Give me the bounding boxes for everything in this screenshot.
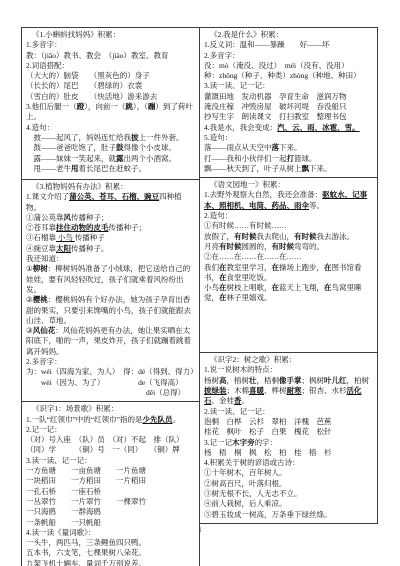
section-lesson1-xiaokedou: 《1.小蝌蚪找妈妈》积累： 1.多音字：教：（jiāo）教书、教会 （jiào）… (21, 27, 200, 180)
section-body: 1.一队“红领巾”中的“红领巾”指的是少先队员。2.记一记：（对）号入座 （队）… (26, 415, 196, 566)
text-line: 飘——秋天到了，叶子从树上飘下来。 (204, 164, 374, 174)
text-line: 泡桐 白桦 云杉 翠柏 洋槐 芭蕉 (204, 417, 374, 427)
section-body: 1.多音字：教：（jiāo）教书、教会 （jiào）教室、教育2.词语搭配：（大… (26, 40, 196, 174)
text-line: ①十年树木，百年树人。 (204, 468, 374, 478)
text-line: 桂花 枫叶 松子 白果 槐花 松针 (204, 427, 374, 437)
text-line: 5.造句： (204, 133, 374, 143)
section-yuwenyuandi-1: 《语文园地一》积累： 1.去野外观察大自然，我还会准备：驱蚊水、记事本、照相机、… (199, 177, 378, 353)
text-line: 2.造句： (204, 211, 374, 221)
text-line: ④豌豆靠太阳传播种子。 (26, 244, 196, 254)
text-line: 2.多音字： (204, 51, 374, 61)
text-line: ③树无根不长，人无志不立。 (204, 489, 374, 499)
text-line: 打——我和小伙伴们一起打篮球。 (204, 154, 374, 164)
text-line: ②树高百尺，叶落归根。 (204, 479, 374, 489)
text-line: 1.说一说树木的特点： (204, 365, 374, 375)
text-line: 2.记一记： (26, 425, 196, 435)
content-columns: 《1.小蝌蚪找妈妈》积累： 1.多音字：教：（jiāo）教书、教会 （jiào）… (21, 27, 379, 566)
text-line: 4.造句： (26, 123, 196, 133)
text-line: 放假了，有时候我去爬山，有时候我去游泳。 (204, 232, 374, 242)
text-line: 鼓——爸爸吃饱了，肚子鼓得像个小皮球。 (26, 143, 196, 153)
text-line: 杨树高，榕树壮，梧桐像手掌；枫树叶儿红，柏树披绿装；木棉喜暖、桦树耐寒；银杏、水… (204, 376, 374, 407)
text-line: ④前人栽树，后人乘凉。 (204, 499, 374, 509)
section-title: 《语文园地一》积累： (204, 180, 374, 190)
text-line: děi（总得） (26, 388, 196, 398)
text-line: 露——妹妹一笑起来，就露出两个小酒窝。 (26, 154, 196, 164)
text-line: 1.去野外观察大自然，我还会准备：驱蚊水、记事本、照相机、电筒、药品、雨伞等。 (204, 190, 374, 211)
text-line: ①有时候……有时候…… (204, 221, 374, 231)
text-line: 一方鱼塘 一亩鱼塘 一片鱼塘 (26, 466, 196, 476)
text-line: 3.记一记木字旁的字： (204, 438, 374, 448)
section-body: 1.去野外观察大自然，我还会准备：驱蚊水、记事本、照相机、电筒、药品、雨伞等。2… (204, 190, 374, 303)
text-line: 一丛翠竹 一片翠竹 一棵翠竹 (26, 497, 196, 507)
text-line: 4.积累关于树的谚语或古诗： (204, 458, 374, 468)
text-line: wèi（因为、为了） de（飞得高） (26, 378, 196, 388)
text-line: 小鸟在树枝上唱歌，在蓝天上飞翔，在鸟窝里睡觉，在林子里嬉戏。 (204, 283, 374, 304)
text-line: 落——雨点从天空中落下来。 (204, 143, 374, 153)
text-line: 抄写生字 朗读课文 打扫教室 整理书包 (204, 112, 374, 122)
text-line: 一块稻田 一方稻田 一片稻田 (26, 476, 196, 486)
text-line: ③石榴靠 小鸟 传播种子 (26, 233, 196, 243)
text-line: ②樱桃：樱桃妈妈有个好办法，她为孩子孕育出香甜的果实，只要引来馋嘴的小鸟，孩子们… (26, 295, 196, 326)
text-line: （长长的）尾巴 （碧绿的）衣裳 (26, 81, 196, 91)
text-line: 2.词语搭配： (26, 61, 196, 71)
text-line: 教：（jiāo）教书、教会 （jiào）教室、教育 (26, 51, 196, 61)
text-line: 3.读一读、记一记： (26, 456, 196, 466)
text-line: 4.我是水，我会变成：汽、云、雨、冰雹、雪。 (204, 123, 374, 133)
text-line: 披——起风了，妈妈连忙给我披上一件外套。 (26, 133, 196, 143)
section-shizi1-changjingge: 《识字1：场景歌》积累： 1.一队“红领巾”中的“红领巾”指的是少先队员。2.记… (21, 401, 200, 566)
section-body: 1.课文介绍了蒲公英、苍耳、石榴、豌豆四种植物。①蒲公英靠风传播种子；②苍耳靠挂… (26, 192, 196, 398)
text-line: 灌溉田地 发动机器 孕育生命 滋润万物 (204, 92, 374, 102)
text-line: 2.读一读、记一记： (204, 407, 374, 417)
text-line: （对）号入座 （队）员 （对）不起 排（队） (26, 435, 196, 445)
text-line: 一孔石桥 一座石桥 (26, 487, 196, 497)
text-line: ③风仙花：风仙花妈妈更有办法，她让果实晒在太阳底下，啪的一声，果皮炸开，孩子们就… (26, 326, 196, 357)
left-column: 《1.小蝌蚪找妈妈》积累： 1.多音字：教：（jiāo）教书、教会 （jiào）… (21, 27, 200, 566)
section-body: 1.说一说树木的特点：杨树高，榕树壮，梧桐像手掌；枫树叶儿红，柏树披绿装；木棉喜… (204, 365, 374, 519)
text-line: 3.读一读、记一记： (204, 81, 374, 91)
text-line: 1.反义词：温和——暴躁 好——坏 (204, 40, 374, 50)
text-line: 3.他们后腿一（蹬），向前一（跳），（蹦）到了荷叶上。 (26, 102, 196, 123)
text-line: ①柳树：柳树妈妈准备了小绒球，把它送给自己的娃娃，要有风轻轻吹过，孩子们就乘着风… (26, 264, 196, 295)
right-column: 《2.我是什么》积累： 1.反义词：温和——暴躁 好——坏2.多音字：没：mò（… (199, 27, 378, 524)
section-body: 1.反义词：温和——暴躁 好——坏2.多音字：没：mò（淹没、没过） méi（没… (204, 40, 374, 174)
text-line: 1.一队“红领巾”中的“红领巾”指的是少先队员。 (26, 415, 196, 425)
text-line: 五本书，六支笔，七棵果树八朵花。 (26, 548, 196, 558)
text-line: 一只海鸥 一群海鸥 (26, 507, 196, 517)
text-line: 淹没庄稼 冲毁房屋 破坏河堤 吞没船只 (204, 102, 374, 112)
text-line: 我还知道： (26, 254, 196, 264)
text-line: 没：mò（淹没、没过） méi（没有、没用） (204, 61, 374, 71)
text-line: 甩——老牛甩着长尾巴在赶蚊子。 (26, 164, 196, 174)
page-number: 1 (0, 526, 400, 534)
text-line: 为：wéi（四海为家、为人） 得：dé（得到、得力） (26, 367, 196, 377)
text-line: 九架飞机十辆车，量词千万别说差。 (26, 559, 196, 566)
section-title: 《1.小蝌蚪找妈妈》积累： (26, 30, 196, 40)
text-line: （大大的）脑袋 （黑灰色的）身子 (26, 71, 196, 81)
text-line: 月亮有时候圆圆的，有时候弯弯的。 (204, 242, 374, 252)
text-line: （同）学 （铜）号 一（同） （铜）牌 (26, 445, 196, 455)
text-line: （雪白的）肚皮 （快活地）游来游去 (26, 92, 196, 102)
section-lesson2-woshishenme: 《2.我是什么》积累： 1.反义词：温和——暴躁 好——坏2.多音字：没：mò（… (199, 27, 378, 178)
text-line: 2.多音字： (26, 357, 196, 367)
text-line: 1.多音字： (26, 40, 196, 50)
text-line: 杨 梧 桐 枫 松 柏 桂 榕 杉 (204, 448, 374, 458)
text-line: ②在……在……在……在…… (204, 252, 374, 262)
text-line: ⑤碧玉妆成一树高，万条垂下绿丝绦。 (204, 510, 374, 520)
section-title: 《3.植物妈妈有办法》积累： (26, 182, 196, 192)
section-title: 《2.我是什么》积累： (204, 30, 374, 40)
worksheet-document-page: 《1.小蝌蚪找妈妈》积累： 1.多音字：教：（jiāo）教书、教会 （jiào）… (0, 0, 400, 566)
text-line: 1.课文介绍了蒲公英、苍耳、石榴、豌豆四种植物。 (26, 192, 196, 213)
text-line: 一头牛，两匹马，三条鲤鱼四只鸭。 (26, 538, 196, 548)
text-line: ②苍耳靠挂住动物的皮毛传播种子； (26, 223, 196, 233)
text-line: ①蒲公英靠风传播种子； (26, 213, 196, 223)
section-lesson3-zhiwumama: 《3.植物妈妈有办法》积累： 1.课文介绍了蒲公英、苍耳、石榴、豌豆四种植物。①… (21, 179, 200, 402)
section-title: 《识字2：树之歌》积累： (204, 355, 374, 365)
section-title: 《识字1：场景歌》积累： (26, 404, 196, 414)
section-shizi2-shuzhige: 《识字2：树之歌》积累： 1.说一说树木的特点：杨树高，榕树壮，梧桐像手掌；枫树… (199, 352, 378, 524)
text-line: 种：zhǒng（种子、种类）zhòng（种地、种田） (204, 71, 374, 81)
text-line: 我们在教室里学习，在操场上跑步，在图书馆看书，在食堂里吃饭。 (204, 263, 374, 284)
